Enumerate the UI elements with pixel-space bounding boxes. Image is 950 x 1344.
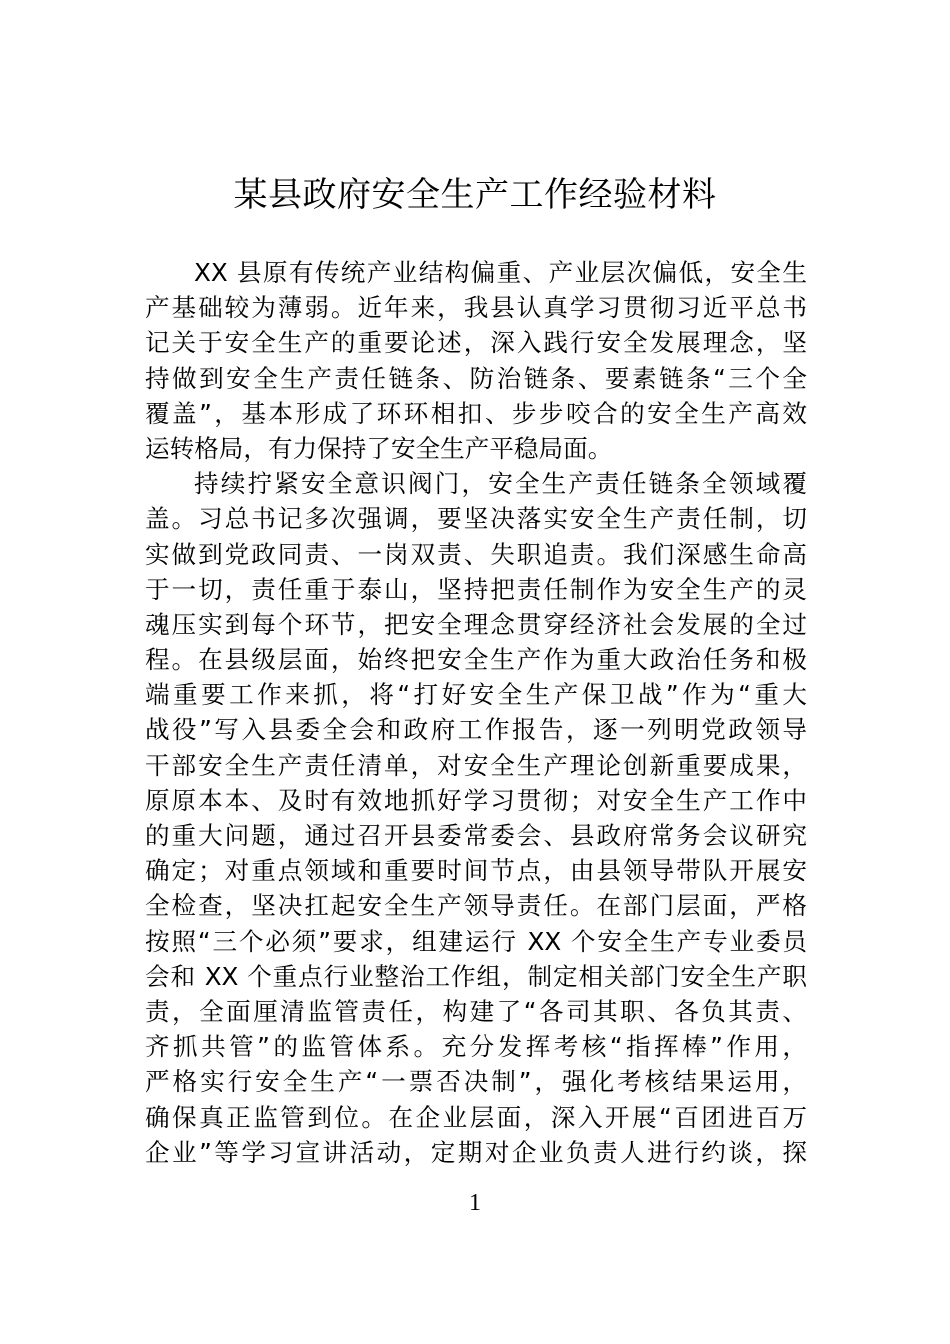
- text-line: 的重大问题，通过召开县委常委会、县政府常务会议研究: [145, 818, 807, 853]
- text-line: 持做到安全生产责任链条、防治链条、要素链条“三个全: [145, 361, 807, 396]
- text-line: 程。在县级层面，始终把安全生产作为重大政治任务和极: [145, 642, 807, 677]
- text-line: 严格实行安全生产“一票否决制”，强化考核结果运用，: [145, 1064, 807, 1099]
- text-line: 于一切，责任重于泰山，坚持把责任制作为安全生产的灵: [145, 572, 807, 607]
- text-line: 盖。习总书记多次强调，要坚决落实安全生产责任制，切: [145, 501, 807, 536]
- document-title: 某县政府安全生产工作经验材料: [0, 172, 950, 218]
- text-line: 确保真正监管到位。在企业层面，深入开展“百团进百万: [145, 1100, 807, 1135]
- document-body: XX 县原有传统产业结构偏重、产业层次偏低，安全生 产基础较为薄弱。近年来，我县…: [145, 255, 807, 1170]
- text-line: 产基础较为薄弱。近年来，我县认真学习贯彻习近平总书: [145, 290, 807, 325]
- text-line: 责，全面厘清监管责任，构建了“各司其职、各负其责、: [145, 994, 807, 1029]
- paragraph-2: 持续拧紧安全意识阀门，安全生产责任链条全领域覆 盖。习总书记多次强调，要坚决落实…: [145, 466, 807, 1170]
- text-line: 持续拧紧安全意识阀门，安全生产责任链条全领域覆: [145, 466, 807, 501]
- text-line: 全检查，坚决扛起安全生产领导责任。在部门层面，严格: [145, 888, 807, 923]
- document-page: 某县政府安全生产工作经验材料 XX 县原有传统产业结构偏重、产业层次偏低，安全生…: [0, 0, 950, 1344]
- text-line: 齐抓共管”的监管体系。充分发挥考核“指挥棒”作用，: [145, 1029, 807, 1064]
- text-line: 会和 XX 个重点行业整治工作组，制定相关部门安全生产职: [145, 959, 807, 994]
- text-line: 记关于安全生产的重要论述，深入践行安全发展理念，坚: [145, 325, 807, 360]
- text-line: 确定；对重点领域和重要时间节点，由县领导带队开展安: [145, 853, 807, 888]
- page-number: 1: [0, 1188, 950, 1218]
- text-line: 运转格局，有力保持了安全生产平稳局面。: [145, 431, 807, 466]
- text-line: 原原本本、及时有效地抓好学习贯彻；对安全生产工作中: [145, 783, 807, 818]
- text-line: XX 县原有传统产业结构偏重、产业层次偏低，安全生: [145, 255, 807, 290]
- text-line: 端重要工作来抓，将“打好安全生产保卫战”作为“重大: [145, 677, 807, 712]
- text-line: 覆盖”，基本形成了环环相扣、步步咬合的安全生产高效: [145, 396, 807, 431]
- text-line: 实做到党政同责、一岗双责、失职追责。我们深感生命高: [145, 537, 807, 572]
- text-line: 按照“三个必须”要求，组建运行 XX 个安全生产专业委员: [145, 924, 807, 959]
- text-line: 魂压实到每个环节，把安全理念贯穿经济社会发展的全过: [145, 607, 807, 642]
- paragraph-1: XX 县原有传统产业结构偏重、产业层次偏低，安全生 产基础较为薄弱。近年来，我县…: [145, 255, 807, 466]
- text-line: 干部安全生产责任清单，对安全生产理论创新重要成果，: [145, 748, 807, 783]
- text-line: 企业”等学习宣讲活动，定期对企业负责人进行约谈，探: [145, 1135, 807, 1170]
- text-line: 战役”写入县委全会和政府工作报告，逐一列明党政领导: [145, 712, 807, 747]
